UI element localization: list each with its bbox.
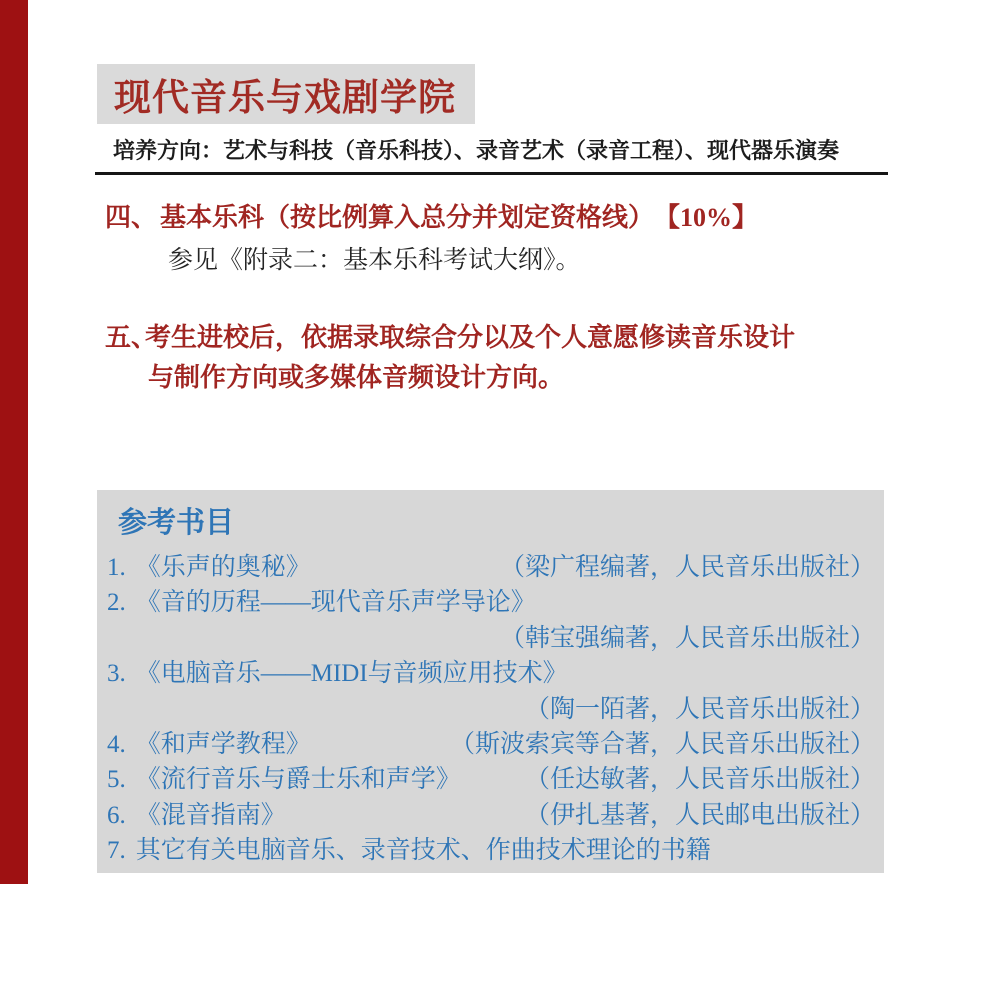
book-item: 7. 其它有关电脑音乐、录音技术、作曲技术理论的书籍: [107, 833, 875, 868]
section-4-percent-badge: 【10%】: [654, 197, 758, 234]
book-title: 《乐声的奥秘》: [136, 550, 311, 585]
page-title-panel: 现代音乐与戏剧学院: [97, 64, 475, 124]
divider-rule: [95, 172, 888, 175]
book-item-continuation: （陶一陌著，人民音乐出版社）: [107, 692, 875, 727]
left-accent-bar: [0, 0, 28, 884]
section-5-heading: 五、 考生进校后，依据录取综合分以及个人意愿修读音乐设计: [105, 317, 795, 354]
book-number: 2.: [107, 585, 126, 620]
book-item-continuation: （韩宝强编著，人民音乐出版社）: [107, 621, 875, 656]
bibliography-panel: 参考书目 1. 《乐声的奥秘》 （梁广程编著，人民音乐出版社） 2. 《音的历程…: [97, 490, 884, 873]
book-publisher: （伊扎基著，人民邮电出版社）: [525, 798, 875, 833]
bibliography-title: 参考书目: [118, 502, 875, 544]
section-4-text: 基本乐科（按比例算入总分并划定资格线）: [160, 197, 654, 234]
book-number: 6.: [107, 798, 126, 833]
book-item: 4. 《和声学教程》 （斯波索宾等合著，人民音乐出版社）: [107, 727, 875, 762]
book-number: 5.: [107, 762, 126, 797]
book-publisher: （斯波索宾等合著，人民音乐出版社）: [450, 727, 875, 762]
book-publisher: （梁广程编著，人民音乐出版社）: [500, 550, 875, 585]
book-title: 《和声学教程》: [136, 727, 311, 762]
book-publisher: （陶一陌著，人民音乐出版社）: [525, 692, 875, 727]
section-5-text-line1: 考生进校后，依据录取综合分以及个人意愿修读音乐设计: [145, 317, 795, 354]
book-title: 《混音指南》: [136, 798, 286, 833]
page-title: 现代音乐与戏剧学院: [97, 67, 456, 121]
section-4-note: 参见《附录二：基本乐科考试大纲》。: [168, 240, 581, 276]
book-publisher: （任达敏著，人民音乐出版社）: [525, 762, 875, 797]
section-4-heading: 四、 基本乐科（按比例算入总分并划定资格线） 【10%】: [105, 197, 758, 234]
book-publisher: （韩宝强编著，人民音乐出版社）: [500, 621, 875, 656]
document-page: 现代音乐与戏剧学院 培养方向：艺术与科技（音乐科技）、录音艺术（录音工程）、现代…: [0, 0, 982, 982]
book-item: 5. 《流行音乐与爵士乐和声学》 （任达敏著，人民音乐出版社）: [107, 762, 875, 797]
book-title: 其它有关电脑音乐、录音技术、作曲技术理论的书籍: [136, 833, 711, 868]
book-item: 6. 《混音指南》 （伊扎基著，人民邮电出版社）: [107, 798, 875, 833]
book-number: 1.: [107, 550, 126, 585]
book-number: 3.: [107, 656, 126, 691]
book-number: 4.: [107, 727, 126, 762]
book-item: 1. 《乐声的奥秘》 （梁广程编著，人民音乐出版社）: [107, 550, 875, 585]
section-5-text-line2: 与制作方向或多媒体音频设计方向。: [148, 357, 564, 394]
book-item: 2. 《音的历程——现代音乐声学导论》: [107, 585, 875, 620]
book-title: 《音的历程——现代音乐声学导论》: [136, 585, 536, 620]
book-item: 3. 《电脑音乐——MIDI与音频应用技术》: [107, 656, 875, 691]
book-title: 《流行音乐与爵士乐和声学》: [136, 762, 461, 797]
section-4-label: 四、: [105, 197, 160, 234]
book-title: 《电脑音乐——MIDI与音频应用技术》: [136, 656, 568, 691]
section-5-label: 五、: [105, 317, 145, 354]
book-number: 7.: [107, 833, 126, 868]
training-directions: 培养方向：艺术与科技（音乐科技）、录音艺术（录音工程）、现代器乐演奏: [113, 134, 903, 165]
